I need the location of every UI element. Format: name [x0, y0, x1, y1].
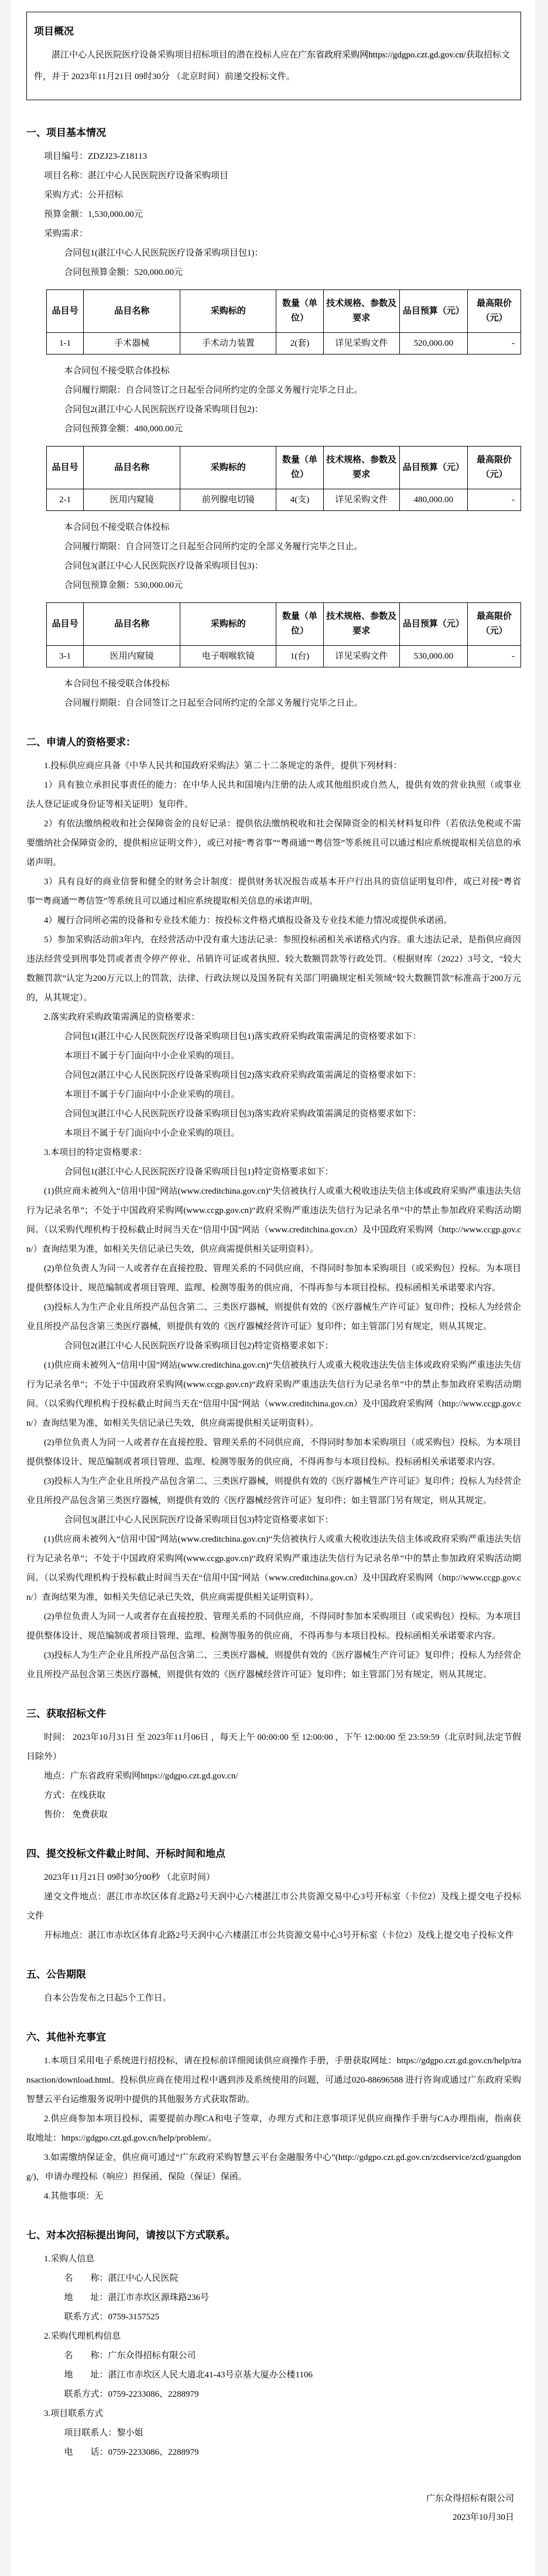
cell-item-no: 1-1 [47, 333, 84, 355]
section-paragraph: 4）履行合同所必需的设备和专业技术能力：按投标文件格式填报设备及专业技术能力情况… [26, 911, 521, 931]
project-overview-box: 项目概况 湛江中心人民医院医疗设备采购项目招标项目的潜在投标人应在广东省政府采购… [26, 12, 521, 100]
project-info-line: 预算金额：1,530,000.00元 [26, 205, 521, 224]
col-header-max-price: 最高限价（元） [468, 447, 521, 489]
package-budget: 合同包预算金额：480,000.00元 [26, 420, 521, 439]
package-title: 合同包3(湛江中心人民医院医疗设备采购项目包3)： [26, 557, 521, 576]
package-title: 合同包1(湛江中心人民医院医疗设备采购项目包1)： [26, 244, 521, 263]
col-header-item-budget: 品目预算（元） [399, 603, 468, 646]
section-paragraph: 3.项目联系方式 [26, 2404, 521, 2424]
overview-title: 项目概况 [34, 23, 510, 38]
col-header-max-price: 最高限价（元） [468, 290, 521, 333]
section-paragraph: (2)单位负责人为同一人或者存在直接控股、管理关系的不同供应商，不得同时参加本采… [26, 1259, 521, 1298]
col-header-tech-spec: 技术规格、参数及要求 [324, 290, 400, 333]
section-paragraph: 地 址：湛江市赤坎区人民大道北41-43号京基大厦办公楼1106 [26, 2366, 521, 2385]
col-header-quantity-unit: 数量（单位） [276, 447, 324, 489]
col-header-max-price: 最高限价（元） [468, 603, 521, 646]
document-section: 七、对本次招标提出询问，请按以下方式联系。 1.采购人信息 名 称：湛江中心人民… [26, 2229, 521, 2462]
section-paragraph: 地点：广东省政府采购网https://gdgpo.czt.gd.gov.cn/ [26, 1767, 521, 1786]
cell-item-no: 2-1 [47, 489, 84, 511]
col-header-item-name: 品目名称 [84, 290, 180, 333]
signature-block: 广东众得招标有限公司 2023年10月30日 [26, 2489, 521, 2527]
section-paragraph: (1)供应商未被列入“信用中国”网站(www.creditchina.gov.c… [26, 1530, 521, 1607]
section-paragraph: 3.本项目的特定资格要求： [26, 1143, 521, 1163]
cell-quantity: 4(支) [276, 489, 324, 511]
section-paragraph: 项目联系人：黎小姐 [26, 2424, 521, 2443]
package-items-table: 品目号 品目名称 采购标的 数量（单位） 技术规格、参数及要求 品目预算（元） … [46, 602, 521, 667]
document-section: 五、公告期限 自本公告发布之日起5个工作日。 [26, 1968, 521, 2008]
cell-max-price: - [468, 646, 521, 667]
section-paragraph: 合同包2(湛江中心人民医院医疗设备采购项目包2)落实政府采购政策需满足的资格要求… [26, 1066, 521, 1085]
section-paragraph: 2023年11月21日 09时30分00秒 （北京时间） [26, 1868, 521, 1887]
section-heading: 三、获取招标文件 [26, 1707, 521, 1721]
section-paragraph: 合同包1(湛江中心人民医院医疗设备采购项目包1)落实政府采购政策需满足的资格要求… [26, 1027, 521, 1047]
col-header-tech-spec: 技术规格、参数及要求 [324, 447, 400, 489]
section-paragraph: 1.采购人信息 [26, 2250, 521, 2269]
cell-tech-spec: 详见采购文件 [324, 333, 400, 355]
package-note: 合同履行期限：自合同签订之日起至合同所约定的全部义务履行完毕之日止。 [26, 694, 521, 713]
section-paragraph: 3）具有良好的商业信誉和健全的财务会计制度：提供财务状况报告或基本开户行出具的资… [26, 873, 521, 911]
package-title: 合同包2(湛江中心人民医院医疗设备采购项目包2)： [26, 400, 521, 420]
section-paragraph: 合同包3(湛江中心人民医院医疗设备采购项目包3)特定资格要求如下： [26, 1511, 521, 1530]
section-paragraph: 1）具有独立承担民事责任的能力：在中华人民共和国境内注册的法人或其他组织或自然人… [26, 776, 521, 815]
col-header-procurement-target: 采购标的 [180, 603, 276, 646]
col-header-item-name: 品目名称 [84, 447, 180, 489]
agency-company-name: 广东众得招标有限公司 [26, 2489, 514, 2508]
col-header-item-no: 品目号 [47, 447, 84, 489]
col-header-procurement-target: 采购标的 [180, 447, 276, 489]
section-paragraph: 名 称：湛江中心人民医院 [26, 2269, 521, 2288]
section-paragraph: 3.如需缴纳保证金，供应商可通过“广东政府采购智慧云平台金融服务中心”(http… [26, 2148, 521, 2187]
section-paragraph: 地 址：湛江市赤坎区源珠路236号 [26, 2288, 521, 2308]
document-section: 六、其他补充事宜 1.本项目采用电子系统进行招投标，请在投标前详细阅读供应商操作… [26, 2030, 521, 2206]
section-paragraph: 本项目不属于专门面向中小企业采购的项目。 [26, 1124, 521, 1143]
package-budget: 合同包预算金额：520,000.00元 [26, 263, 521, 282]
cell-item-name: 医用内窥镜 [84, 489, 180, 511]
project-info-line: 项目编号：ZDZJ23-Z18113 [26, 147, 521, 166]
section-paragraph: 2）有依法缴纳税收和社会保障资金的良好记录：提供依法缴纳税收和社会保障资金的相关… [26, 815, 521, 873]
table-row: 3-1 医用内窥镜 电子咽喉软镜 1(台) 详见采购文件 530,000.00 … [47, 646, 521, 667]
package-note: 合同履行期限：自合同签订之日起至合同所约定的全部义务履行完毕之日止。 [26, 537, 521, 557]
section-paragraph: 联系方式：0759-2233086、2288979 [26, 2385, 521, 2404]
section-heading: 七、对本次招标提出询问，请按以下方式联系。 [26, 2229, 521, 2243]
table-row: 2-1 医用内窥镜 前列腺电切镜 4(支) 详见采购文件 480,000.00 … [47, 489, 521, 511]
section-paragraph: 时间： 2023年10月31日 至 2023年11月06日 ，每天上午 00:0… [26, 1728, 521, 1767]
cell-procurement-target: 电子咽喉软镜 [180, 646, 276, 667]
package-budget: 合同包预算金额：530,000.00元 [26, 576, 521, 595]
section-paragraph: 2.供应商参加本项目投标，需要提前办理CA和电子签章，办理方式和注意事项详见供应… [26, 2110, 521, 2148]
section-paragraph: 递交文件地点：湛江市赤坎区体育北路2号天润中心六楼湛江市公共资源交易中心3号开标… [26, 1887, 521, 1926]
section-paragraph: 本项目不属于专门面向中小企业采购的项目。 [26, 1047, 521, 1066]
section-paragraph: 方式：在线获取 [26, 1786, 521, 1805]
section-paragraph: (2)单位负责人为同一人或者存在直接控股、管理关系的不同供应商，不得同时参加本采… [26, 1433, 521, 1472]
section-paragraph: 售价： 免费获取 [26, 1805, 521, 1825]
section-paragraph: (3)投标人为生产企业且所投产品包含第二、三类医疗器械，则提供有效的《医疗器械生… [26, 1472, 521, 1511]
table-row: 1-1 手术器械 手术动力装置 2(套) 详见采购文件 520,000.00 - [47, 333, 521, 355]
col-header-item-no: 品目号 [47, 603, 84, 646]
col-header-item-no: 品目号 [47, 290, 84, 333]
cell-tech-spec: 详见采购文件 [324, 489, 400, 511]
section-paragraph: 合同包3(湛江中心人民医院医疗设备采购项目包3)落实政府采购政策需满足的资格要求… [26, 1105, 521, 1124]
cell-item-budget: 520,000.00 [399, 333, 468, 355]
section-paragraph: 2.落实政府采购政策需满足的资格要求： [26, 1008, 521, 1027]
col-header-item-name: 品目名称 [84, 603, 180, 646]
section-paragraph: 5）参加采购活动前3年内，在经营活动中没有重大违法记录：参照投标函相关承诺格式内… [26, 931, 521, 1008]
overview-text-before-link: 湛江中心人民医院医疗设备采购项目招标项目的潜在投标人应在 [52, 50, 298, 60]
section-paragraph: (3)投标人为生产企业且所投产品包含第二、三类医疗器械，则提供有效的《医疗器械生… [26, 1298, 521, 1337]
project-info-line: 项目名称：湛江中心人民医院医疗设备采购项目 [26, 166, 521, 186]
cell-tech-spec: 详见采购文件 [324, 646, 400, 667]
col-header-item-budget: 品目预算（元） [399, 290, 468, 333]
section-heading-basic-info: 一、项目基本情况 [26, 126, 521, 140]
section-paragraph: 名 称：广东众得招标有限公司 [26, 2346, 521, 2366]
cell-item-name: 手术器械 [84, 333, 180, 355]
tender-announcement-page: 项目概况 湛江中心人民医院医疗设备采购项目招标项目的潜在投标人应在广东省政府采购… [11, 0, 535, 2576]
section-paragraph: 自本公告发布之日起5个工作日。 [26, 1989, 521, 2008]
document-section: 三、获取招标文件 时间： 2023年10月31日 至 2023年11月06日 ，… [26, 1707, 521, 1825]
package-note: 本合同包不接受联合体投标 [26, 518, 521, 537]
package-note: 合同履行期限：自合同签订之日起至合同所约定的全部义务履行完毕之日止。 [26, 381, 521, 400]
table-header-row: 品目号 品目名称 采购标的 数量（单位） 技术规格、参数及要求 品目预算（元） … [47, 290, 521, 333]
section-paragraph: 2.采购代理机构信息 [26, 2327, 521, 2346]
section-paragraph: 联系方式：0759-3157525 [26, 2308, 521, 2327]
cell-quantity: 1(台) [276, 646, 324, 667]
section-paragraph: 电 话：0759-2233086、2288979 [26, 2443, 521, 2462]
document-section: 四、提交投标文件截止时间、开标时间和地点 2023年11月21日 09时30分0… [26, 1847, 521, 1945]
col-header-quantity-unit: 数量（单位） [276, 603, 324, 646]
section-paragraph: 1.本项目采用电子系统进行招投标，请在投标前详细阅读供应商操作手册，手册获取网址… [26, 2052, 521, 2110]
cell-item-no: 3-1 [47, 646, 84, 667]
cell-quantity: 2(套) [276, 333, 324, 355]
col-header-quantity-unit: 数量（单位） [276, 290, 324, 333]
section-paragraph: (2)单位负责人为同一人或者存在直接控股、管理关系的不同供应商，不得同时参加本采… [26, 1607, 521, 1646]
section-paragraph: 合同包1(湛江中心人民医院医疗设备采购项目包1)特定资格要求如下： [26, 1163, 521, 1182]
section-heading: 四、提交投标文件截止时间、开标时间和地点 [26, 1847, 521, 1861]
cell-procurement-target: 前列腺电切镜 [180, 489, 276, 511]
section-paragraph: 1.投标供应商应具备《中华人民共和国政府采购法》第二十二条规定的条件，提供下列材… [26, 757, 521, 776]
section-heading: 五、公告期限 [26, 1968, 521, 1982]
cell-item-budget: 530,000.00 [399, 646, 468, 667]
section-paragraph: (1)供应商未被列入“信用中国”网站(www.creditchina.gov.c… [26, 1182, 521, 1259]
package-items-table: 品目号 品目名称 采购标的 数量（单位） 技术规格、参数及要求 品目预算（元） … [46, 446, 521, 511]
section-paragraph: (1)供应商未被列入“信用中国”网站(www.creditchina.gov.c… [26, 1356, 521, 1433]
overview-paragraph: 湛江中心人民医院医疗设备采购项目招标项目的潜在投标人应在广东省政府采购网http… [34, 45, 510, 88]
package-note: 本合同包不接受联合体投标 [26, 674, 521, 694]
document-section: 二、申请人的资格要求： 1.投标供应商应具备《中华人民共和国政府采购法》第二十二… [26, 735, 521, 1685]
package-note: 本合同包不接受联合体投标 [26, 362, 521, 381]
table-header-row: 品目号 品目名称 采购标的 数量（单位） 技术规格、参数及要求 品目预算（元） … [47, 603, 521, 646]
section-paragraph: 开标地点：湛江市赤坎区体育北路2号天润中心六楼湛江市公共资源交易中心3号开标室（… [26, 1926, 521, 1945]
project-info-line: 采购方式：公开招标 [26, 186, 521, 205]
cell-procurement-target: 手术动力装置 [180, 333, 276, 355]
section-paragraph: 合同包2(湛江中心人民医院医疗设备采购项目包2)特定资格要求如下： [26, 1337, 521, 1356]
cell-max-price: - [468, 333, 521, 355]
col-header-procurement-target: 采购标的 [180, 290, 276, 333]
cell-item-budget: 480,000.00 [399, 489, 468, 511]
project-info-line: 采购需求： [26, 224, 521, 244]
section-heading: 二、申请人的资格要求： [26, 735, 521, 749]
publish-date: 2023年10月30日 [26, 2508, 514, 2527]
section-paragraph: 本项目不属于专门面向中小企业采购的项目。 [26, 1085, 521, 1105]
table-header-row: 品目号 品目名称 采购标的 数量（单位） 技术规格、参数及要求 品目预算（元） … [47, 447, 521, 489]
cell-max-price: - [468, 489, 521, 511]
section-paragraph: 4.其他事项：无 [26, 2187, 521, 2206]
package-items-table: 品目号 品目名称 采购标的 数量（单位） 技术规格、参数及要求 品目预算（元） … [46, 289, 521, 355]
section-heading: 六、其他补充事宜 [26, 2030, 521, 2045]
col-header-item-budget: 品目预算（元） [399, 447, 468, 489]
section-paragraph: (3)投标人为生产企业且所投产品包含第二、三类医疗器械，则提供有效的《医疗器械生… [26, 1646, 521, 1685]
col-header-tech-spec: 技术规格、参数及要求 [324, 603, 400, 646]
cell-item-name: 医用内窥镜 [84, 646, 180, 667]
procurement-site-link-text: 广东省政府采购网https://gdgpo.czt.gd.gov.cn/ [298, 50, 466, 60]
